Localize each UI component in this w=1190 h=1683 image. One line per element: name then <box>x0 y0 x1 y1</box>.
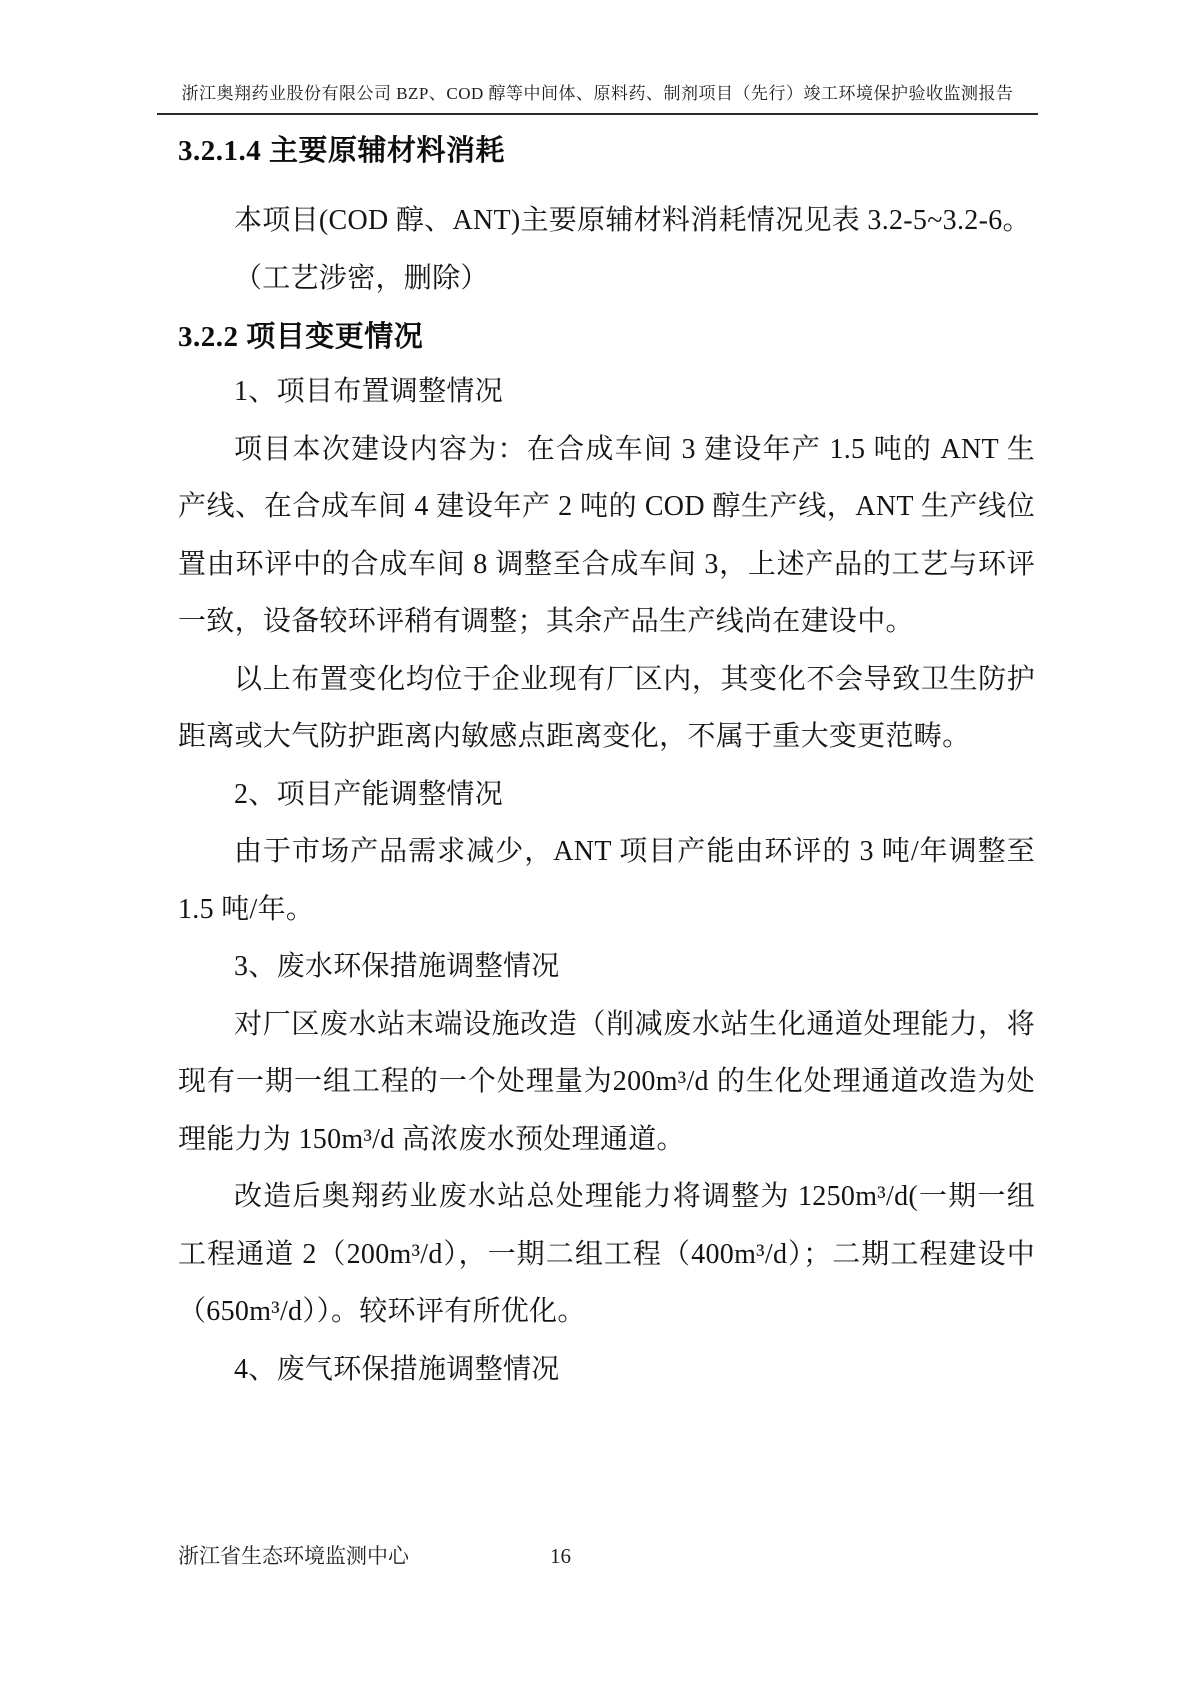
header-title: 浙江奥翔药业股份有限公司 BZP、COD 醇等中间体、原料药、制剂项目（先行）竣… <box>157 82 1038 105</box>
document-page: 浙江奥翔药业股份有限公司 BZP、COD 醇等中间体、原料药、制剂项目（先行）竣… <box>0 0 1190 1683</box>
paragraph-wastewater-capacity: 改造后奥翔药业废水站总处理能力将调整为 1250m³/d(一期一组工程通道 2（… <box>178 1168 1035 1341</box>
list-item-3-title: 3、废水环保措施调整情况 <box>178 938 1035 996</box>
list-item-2-title: 2、项目产能调整情况 <box>178 766 1035 824</box>
paragraph-layout-change: 项目本次建设内容为：在合成车间 3 建设年产 1.5 吨的 ANT 生产线、在合… <box>178 421 1035 651</box>
paragraph-capacity-change: 由于市场产品需求减少，ANT 项目产能由环评的 3 吨/年调整至 1.5 吨/年… <box>178 823 1035 938</box>
footer-organization: 浙江省生态环境监测中心 <box>178 1543 409 1569</box>
heading-3-2-2: 3.2.2 项目变更情况 <box>178 317 1035 357</box>
running-header: 浙江奥翔药业股份有限公司 BZP、COD 醇等中间体、原料药、制剂项目（先行）竣… <box>157 0 1038 115</box>
page-footer: 浙江省生态环境监测中心 16 <box>178 1543 1035 1569</box>
paragraph-wastewater-retrofit: 对厂区废水站末端设施改造（削减废水站生化通道处理能力，将现有一期一组工程的一个处… <box>178 996 1035 1169</box>
page-body: 3.2.1.4 主要原辅材料消耗 本项目(COD 醇、ANT)主要原辅材料消耗情… <box>178 131 1035 1398</box>
paragraph-process-redacted: （工艺涉密，删除） <box>178 250 1035 308</box>
list-item-4-title: 4、废气环保措施调整情况 <box>178 1341 1035 1399</box>
heading-3-2-1-4: 3.2.1.4 主要原辅材料消耗 <box>178 131 1035 171</box>
footer-page-number: 16 <box>550 1543 571 1569</box>
paragraph-layout-conclusion: 以上布置变化均位于企业现有厂区内，其变化不会导致卫生防护距离或大气防护距离内敏感… <box>178 651 1035 766</box>
paragraph-materials-consumption: 本项目(COD 醇、ANT)主要原辅材料消耗情况见表 3.2-5~3.2-6。 <box>178 192 1035 250</box>
list-item-1-title: 1、项目布置调整情况 <box>178 363 1035 421</box>
